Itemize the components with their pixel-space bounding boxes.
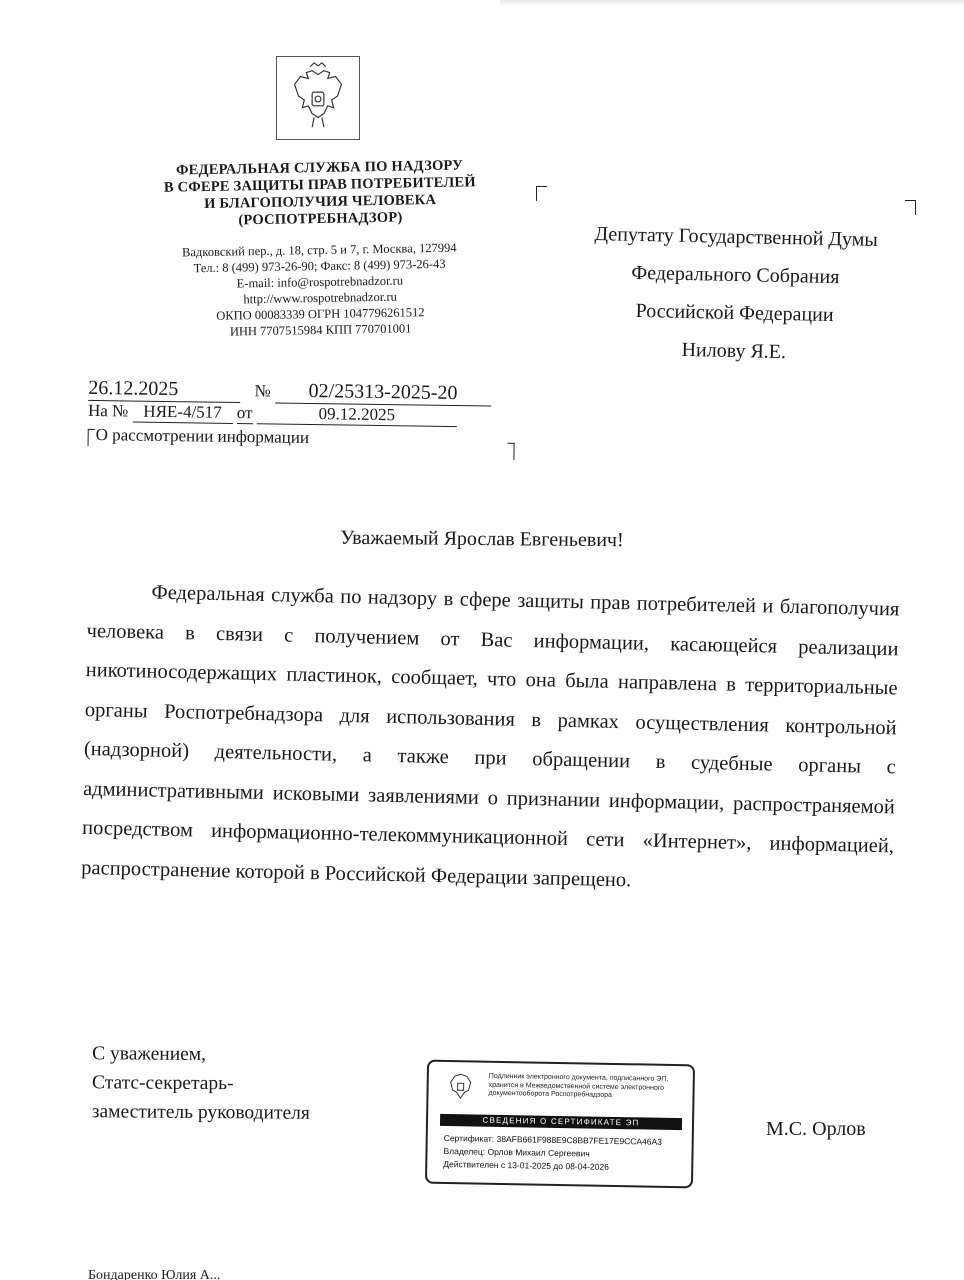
subject-corner-mark bbox=[507, 443, 514, 460]
address-corner-mark bbox=[905, 200, 916, 215]
executor-footer: Бондаренко Юлия А... bbox=[88, 1268, 220, 1280]
signer-position: Статс-секретарь- bbox=[92, 1068, 310, 1099]
stamp-coat-of-arms-icon bbox=[442, 1068, 479, 1105]
addressee-line: Депутату Государственной Думы bbox=[561, 214, 912, 259]
letter-body: Федеральная служба по надзору в сфере за… bbox=[81, 572, 900, 906]
certificate-validity: Действителен с 13-01-2025 до 08-04-2026 bbox=[443, 1158, 661, 1175]
subject: О рассмотрении информации bbox=[96, 425, 310, 447]
signer-name: М.С. Орлов bbox=[766, 1118, 866, 1141]
address-corner-mark bbox=[536, 186, 547, 201]
scan-edge bbox=[500, 0, 964, 6]
stamp-details: Сертификат: 38AFB661F988E9C8BB7FE17E9CCA… bbox=[443, 1132, 662, 1175]
stamp-title-bar: СВЕДЕНИЯ О СЕРТИФИКАТЕ ЭП bbox=[440, 1114, 682, 1130]
ref-date: 09.12.2025 bbox=[257, 403, 457, 427]
outgoing-number: 02/25313-2025-20 bbox=[275, 380, 491, 407]
ref-from-label: от bbox=[237, 403, 253, 424]
sender-org-block: ФЕДЕРАЛЬНАЯ СЛУЖБА ПО НАДЗОРУ В СФЕРЕ ЗА… bbox=[130, 160, 510, 338]
org-name: ФЕДЕРАЛЬНАЯ СЛУЖБА ПО НАДЗОРУ В СФЕРЕ ЗА… bbox=[129, 157, 510, 232]
signer-position: заместитель руководителя bbox=[92, 1097, 310, 1128]
coat-of-arms-icon bbox=[276, 56, 360, 140]
org-contacts: Вадковский пер., д. 18, стр. 5 и 7, г. М… bbox=[129, 239, 511, 342]
ref-label: На № bbox=[88, 401, 129, 421]
body-paragraph: Федеральная служба по надзору в сфере за… bbox=[81, 572, 900, 906]
addressee-name: Нилову Я.Е. bbox=[558, 328, 909, 373]
subject-corner-mark bbox=[88, 429, 95, 446]
letter-page: ФЕДЕРАЛЬНАЯ СЛУЖБА ПО НАДЗОРУ В СФЕРЕ ЗА… bbox=[0, 0, 964, 1280]
addressee-block: Депутату Государственной Думы Федерально… bbox=[558, 214, 911, 373]
number-label: № bbox=[254, 381, 270, 400]
closing-line: С уважением, bbox=[92, 1039, 310, 1070]
ref-number: НЯЕ-4/517 bbox=[132, 402, 232, 424]
registration-block: 26.12.2025 № 02/25313-2025-20 На № НЯЕ-4… bbox=[88, 377, 529, 451]
closing-block: С уважением, Статс-секретарь- заместител… bbox=[92, 1039, 311, 1128]
outgoing-date: 26.12.2025 bbox=[88, 377, 240, 403]
stamp-note: Подлинник электронного документа, подпис… bbox=[488, 1073, 688, 1102]
e-signature-stamp: Подлинник электронного документа, подпис… bbox=[425, 1060, 695, 1189]
salutation: Уважаемый Ярослав Евгеньевич! bbox=[0, 524, 964, 555]
